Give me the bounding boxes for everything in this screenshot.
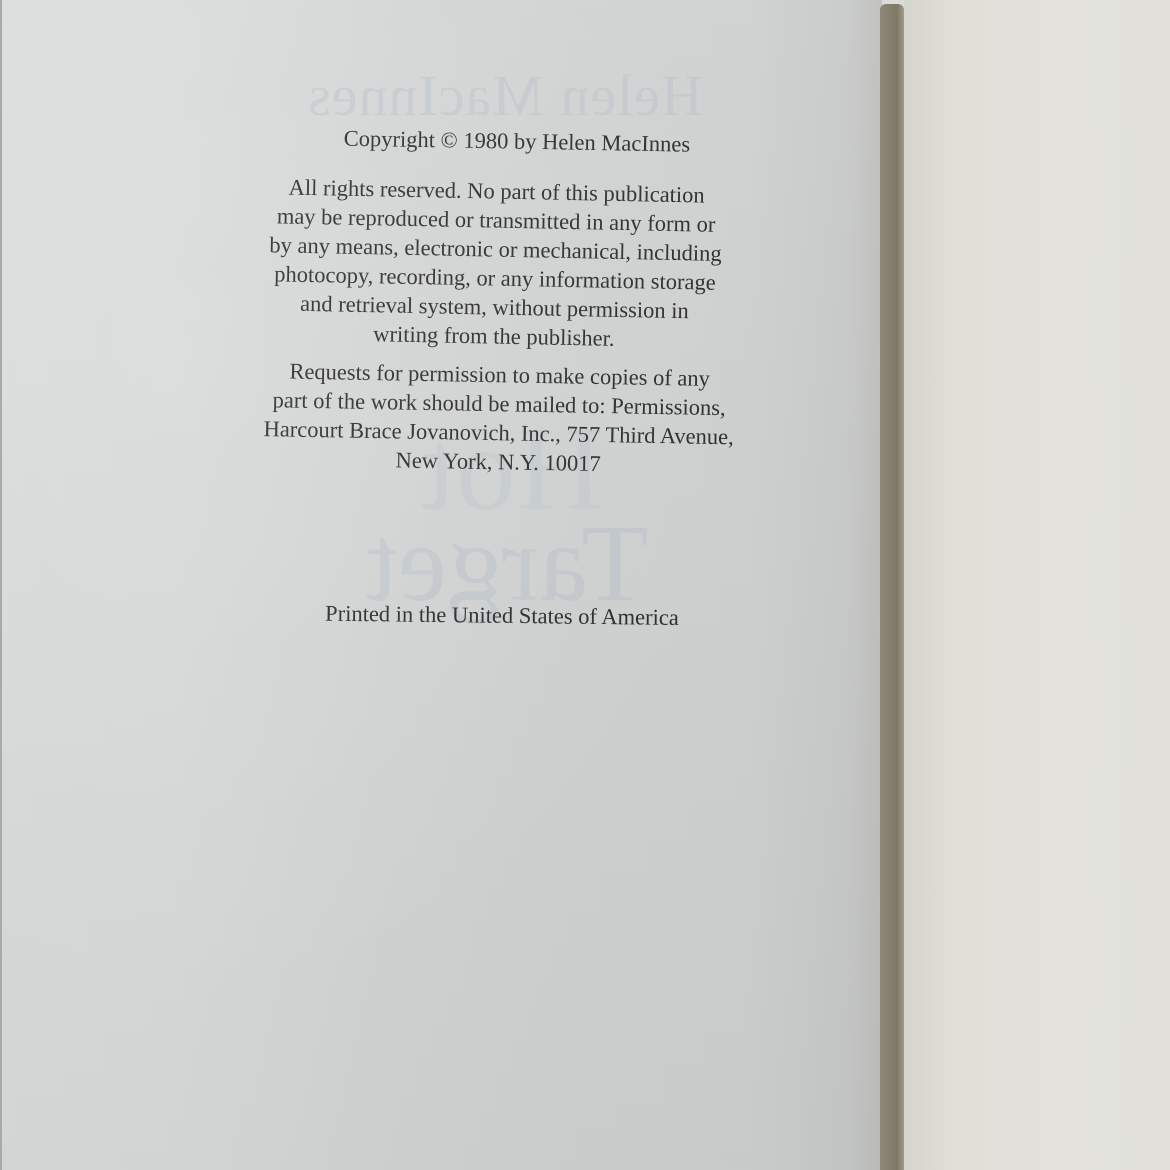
book-spine-edge	[880, 4, 904, 1170]
background-surface	[904, 0, 1170, 1170]
permissions-request-paragraph: Requests for permission to make copies o…	[198, 355, 800, 481]
printed-in-notice: Printed in the United States of America	[272, 598, 732, 633]
rights-reserved-paragraph: All rights reserved. No part of this pub…	[204, 171, 787, 356]
book-page: Helen MacInnes Hot Target Copyright © 19…	[0, 0, 882, 1170]
show-through-author: Helen MacInnes	[210, 62, 800, 129]
